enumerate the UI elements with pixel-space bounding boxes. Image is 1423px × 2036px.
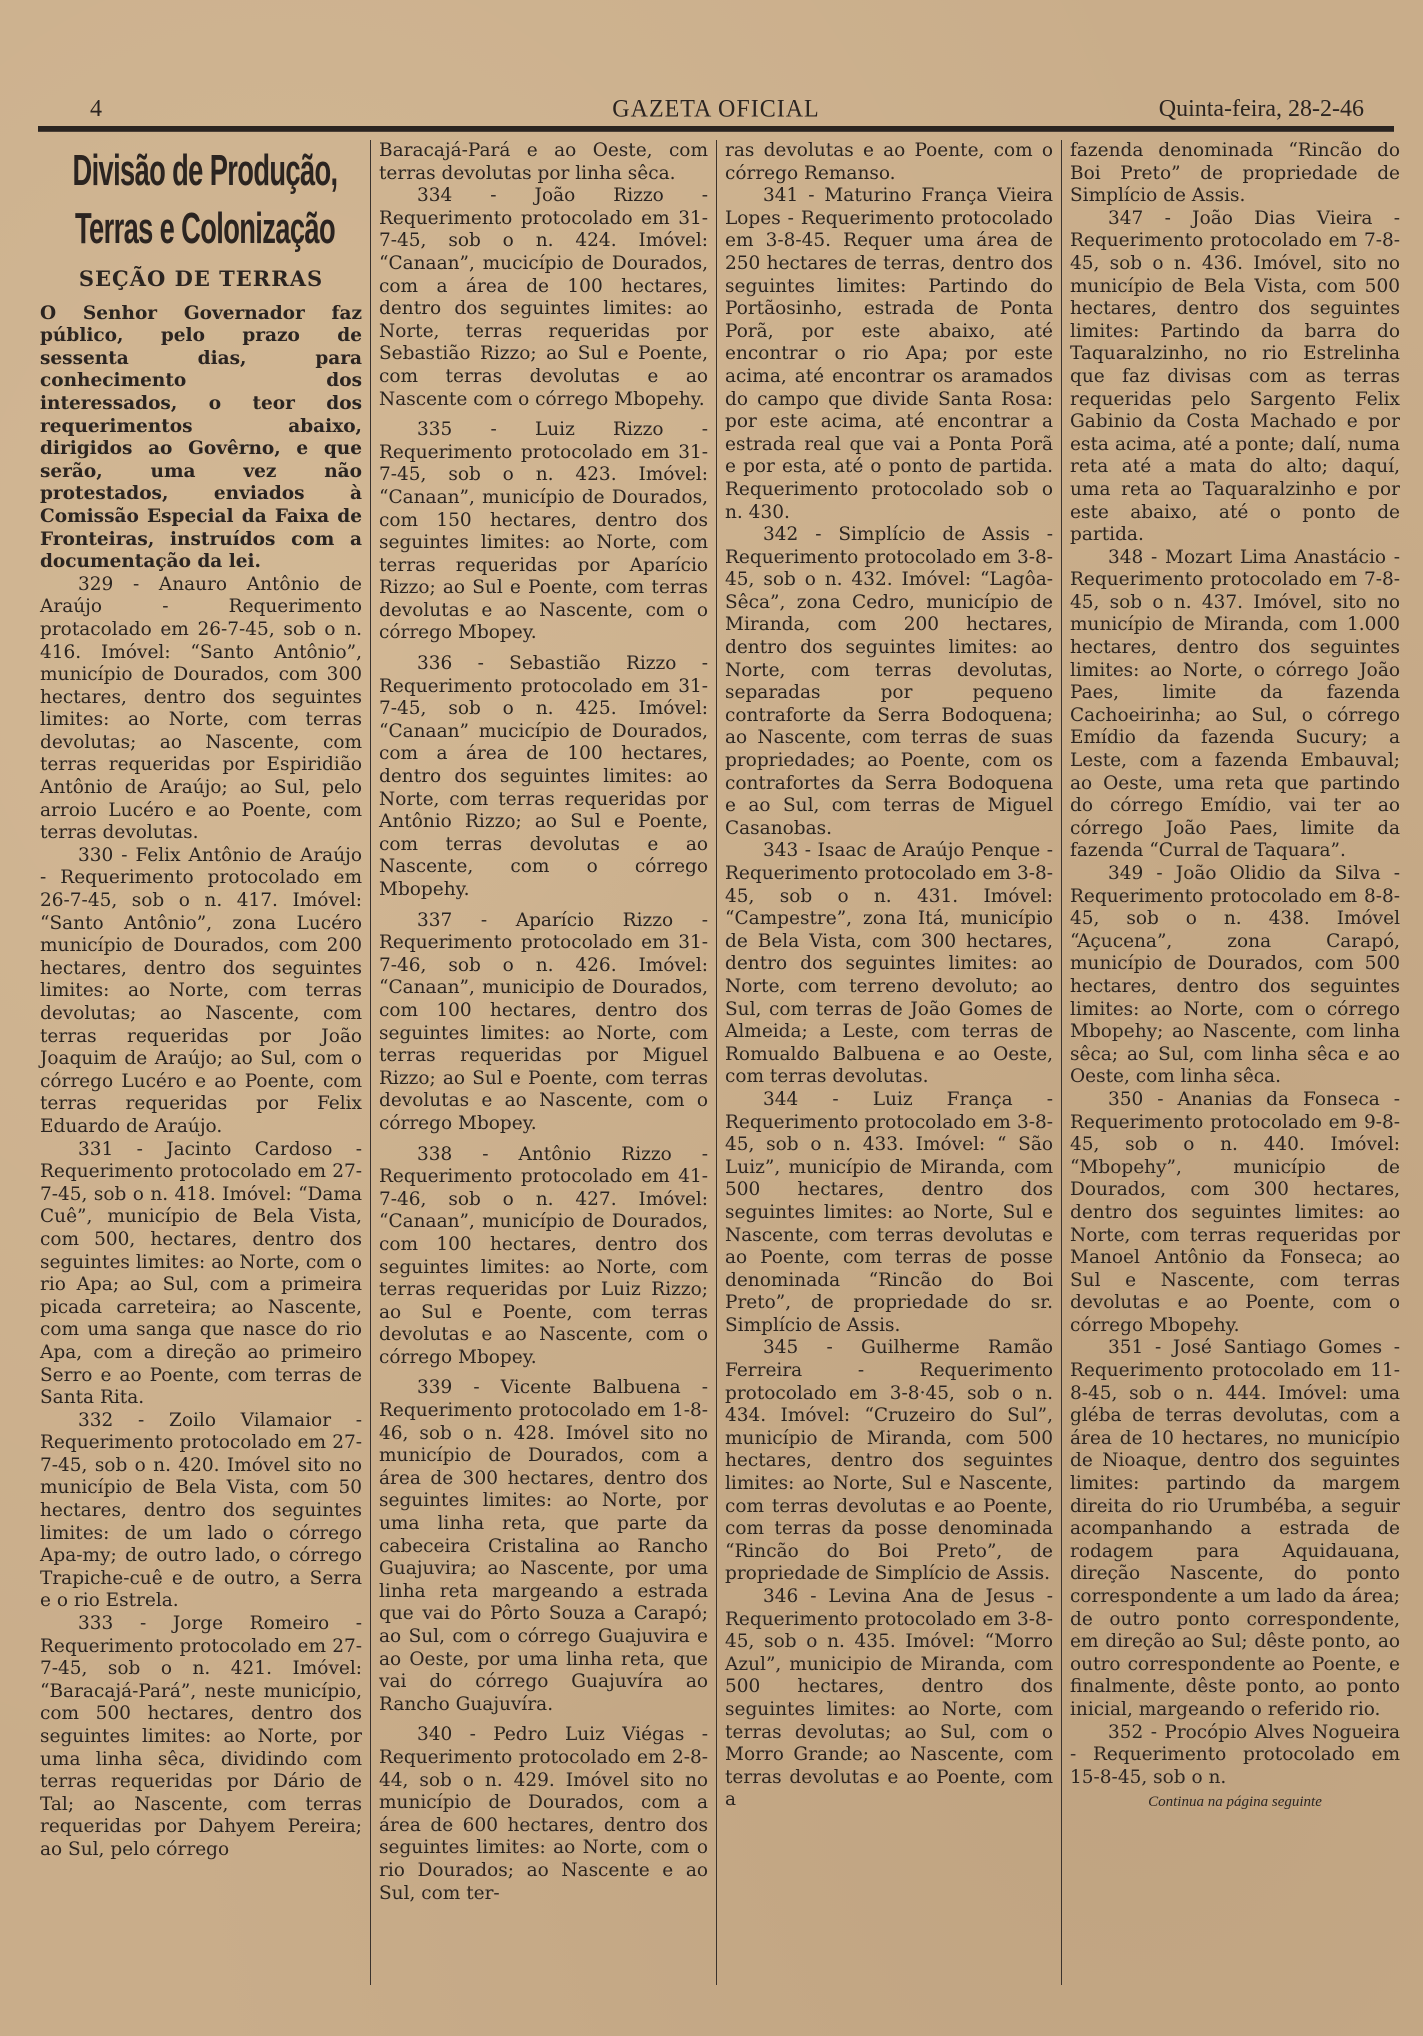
issue-date: Quinta-feira, 28-2-46	[1159, 96, 1364, 123]
entry-340: 340 - Pedro Luiz Viégas - Requerimento p…	[379, 1724, 708, 1905]
entry-351: 351 - José Santiago Gomes - Requerimento…	[1070, 1337, 1400, 1721]
entry-346-continued: fazenda denominada “Rincão do Boi Preto”…	[1070, 140, 1400, 208]
entry-342: 342 - Simplício de Assis - Requerimento …	[725, 524, 1053, 840]
column-3: ras devolutas e ao Poente, com o córrego…	[716, 140, 1061, 1985]
entry-329: 329 - Anauro Antônio de Araújo - Requeri…	[40, 574, 362, 845]
entry-335: 335 - Luiz Rizzo - Requerimento protocol…	[379, 419, 708, 645]
continued-next-page-note: Continua na página seguinte	[1070, 1791, 1400, 1814]
entry-344: 344 - Luiz França - Requerimento protoco…	[725, 1089, 1053, 1338]
column-2: Baracajá-Pará e ao Oeste, com terras dev…	[370, 140, 716, 1985]
entry-346: 346 - Levina Ana de Jesus - Requerimento…	[725, 1586, 1053, 1812]
intro-paragraph: O Senhor Governador faz público, pelo pr…	[40, 303, 362, 574]
entry-340-continued: ras devolutas e ao Poente, com o córrego…	[725, 140, 1053, 185]
entry-339: 339 - Vicente Balbuena - Requerimento pr…	[379, 1377, 708, 1716]
entry-349: 349 - João Olidio da Silva - Requeriment…	[1070, 863, 1400, 1089]
entry-347: 347 - João Dias Vieira - Requerimento pr…	[1070, 208, 1400, 547]
entry-338: 338 - Antônio Rizzo - Requerimento proto…	[379, 1144, 708, 1370]
entry-333-continued: Baracajá-Pará e ao Oeste, com terras dev…	[379, 140, 708, 185]
entry-333: 333 - Jorge Romeiro - Requerimento proto…	[40, 1613, 362, 1862]
entry-348: 348 - Mozart Lima Anastácio - Requerimen…	[1070, 547, 1400, 863]
masthead: 4 GAZETA OFICIAL Quinta-feira, 28-2-46	[38, 96, 1394, 126]
entry-350: 350 - Ananias da Fonseca - Requerimento …	[1070, 1089, 1400, 1338]
entry-345: 345 - Guilherme Ramão Ferreira - Requeri…	[725, 1337, 1053, 1586]
entry-343: 343 - Isaac de Araújo Penque - Requerime…	[725, 840, 1053, 1089]
entry-334: 334 - João Rizzo - Requerimento protocol…	[379, 185, 708, 411]
entry-352: 352 - Procópio Alves Nogueira - Requerim…	[1070, 1722, 1400, 1790]
column-1: Divisão de Produção, Terras e Colonizaçã…	[40, 140, 370, 1985]
article-columns: Divisão de Produção, Terras e Colonizaçã…	[40, 140, 1408, 1985]
section-title: SEÇÃO DE TERRAS	[40, 268, 362, 291]
masthead-rule	[38, 126, 1394, 132]
entry-341: 341 - Maturino França Vieira Lopes - Req…	[725, 185, 1053, 524]
column-4: fazenda denominada “Rincão do Boi Preto”…	[1061, 140, 1408, 1985]
article-headline: Divisão de Produção, Terras e Colonizaçã…	[44, 142, 366, 258]
entry-337: 337 - Aparício Rizzo - Requerimento prot…	[379, 910, 708, 1136]
entry-330: 330 - Felix Antônio de Araújo - Requerim…	[40, 845, 362, 1139]
entry-331: 331 - Jacinto Cardoso - Requerimento pro…	[40, 1139, 362, 1410]
entry-336: 336 - Sebastião Rizzo - Requerimento pro…	[379, 653, 708, 902]
entry-332: 332 - Zoilo Vilamaior - Requerimento pro…	[40, 1410, 362, 1613]
